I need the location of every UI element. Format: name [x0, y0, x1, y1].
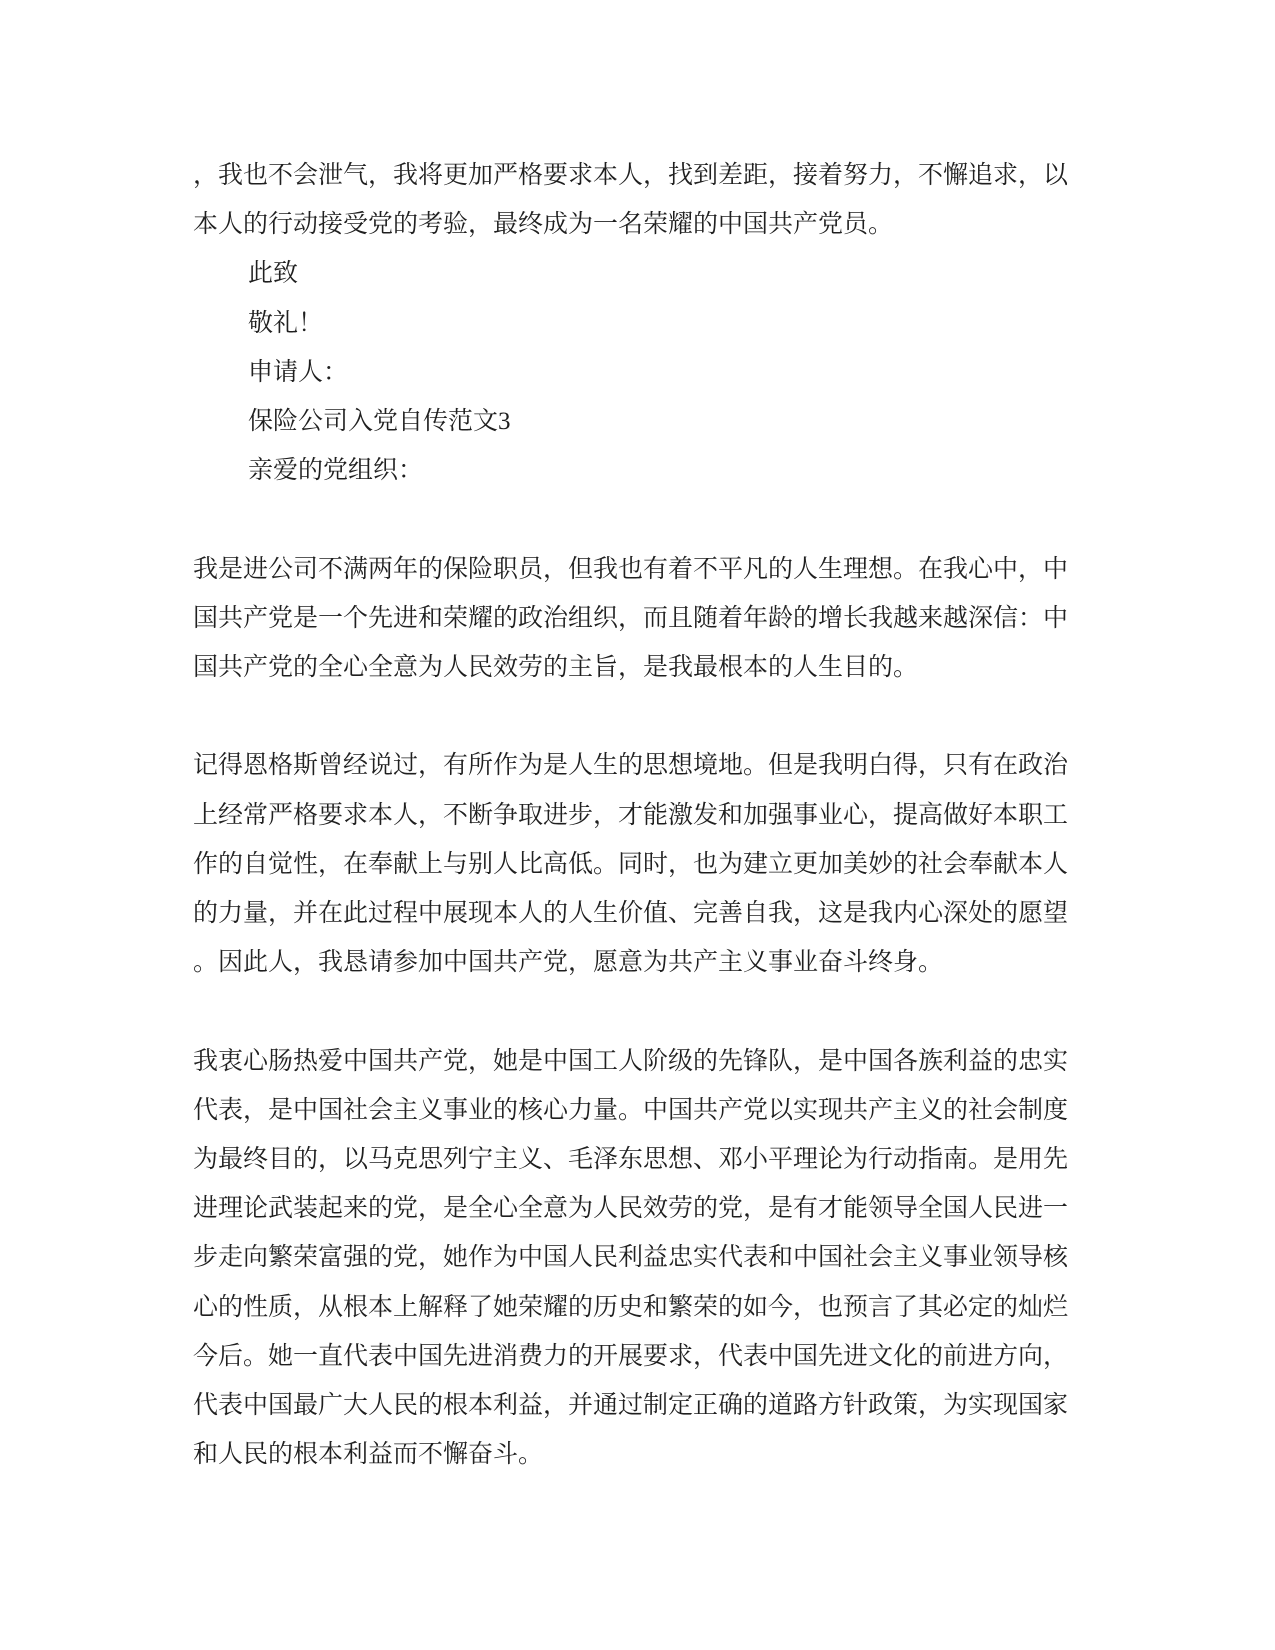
- intro-paragraph-line-1: 我是进公司不满两年的保险职员，但我也有着不平凡的人生理想。在我心中，中: [193, 545, 1068, 594]
- engels-paragraph-line-5: 。因此人，我恳请参加中国共产党，愿意为共产主义事业奋斗终身。: [193, 938, 1068, 987]
- party-paragraph-line-8: 代表中国最广大人民的根本利益，并通过制定正确的道路方针政策，为实现国家: [193, 1381, 1068, 1430]
- continuation-paragraph-line-2: 本人的行动接受党的考验，最终成为一名荣耀的中国共产党员。: [193, 200, 1068, 249]
- section-title-line: 保险公司入党自传范文3: [193, 397, 1068, 446]
- engels-paragraph-line-4: 的力量，并在此过程中展现本人的人生价值、完善自我，这是我内心深处的愿望: [193, 889, 1068, 938]
- closing-respectfully-line: 此致: [193, 249, 1068, 298]
- party-paragraph-line-4: 进理论武装起来的党，是全心全意为人民效劳的党，是有才能领导全国人民进一: [193, 1184, 1068, 1233]
- party-paragraph-line-9: 和人民的根本利益而不懈奋斗。: [193, 1430, 1068, 1479]
- salutation-line: 亲爱的党组织：: [193, 446, 1068, 495]
- party-paragraph-line-6: 心的性质，从根本上解释了她荣耀的历史和繁荣的如今，也预言了其必定的灿烂: [193, 1283, 1068, 1332]
- party-paragraph-line-1: 我衷心肠热爱中国共产党，她是中国工人阶级的先锋队，是中国各族利益的忠实: [193, 1037, 1068, 1086]
- intro-paragraph-line-2: 国共产党是一个先进和荣耀的政治组织，而且随着年龄的增长我越来越深信：中: [193, 594, 1068, 643]
- document-body: ，我也不会泄气，我将更加严格要求本人，找到差距，接着努力，不懈追求，以 本人的行…: [193, 151, 1068, 1479]
- applicant-label-line: 申请人：: [193, 348, 1068, 397]
- closing-salute-line: 敬礼！: [193, 299, 1068, 348]
- engels-paragraph-line-2: 上经常严格要求本人，不断争取进步，才能激发和加强事业心，提高做好本职工: [193, 791, 1068, 840]
- party-paragraph-line-3: 为最终目的，以马克思列宁主义、毛泽东思想、邓小平理论为行动指南。是用先: [193, 1135, 1068, 1184]
- document-page: ，我也不会泄气，我将更加严格要求本人，找到差距，接着努力，不懈追求，以 本人的行…: [0, 0, 1275, 1650]
- party-paragraph-line-2: 代表，是中国社会主义事业的核心力量。中国共产党以实现共产主义的社会制度: [193, 1086, 1068, 1135]
- engels-paragraph-line-3: 作的自觉性，在奉献上与别人比高低。同时，也为建立更加美妙的社会奉献本人: [193, 840, 1068, 889]
- engels-paragraph-line-1: 记得恩格斯曾经说过，有所作为是人生的思想境地。但是我明白得，只有在政治: [193, 741, 1068, 790]
- continuation-paragraph-line-1: ，我也不会泄气，我将更加严格要求本人，找到差距，接着努力，不懈追求，以: [193, 151, 1068, 200]
- party-paragraph-line-7: 今后。她一直代表中国先进消费力的开展要求，代表中国先进文化的前进方向，: [193, 1332, 1068, 1381]
- party-paragraph-line-5: 步走向繁荣富强的党，她作为中国人民利益忠实代表和中国社会主义事业领导核: [193, 1233, 1068, 1282]
- intro-paragraph-line-3: 国共产党的全心全意为人民效劳的主旨，是我最根本的人生目的。: [193, 643, 1068, 692]
